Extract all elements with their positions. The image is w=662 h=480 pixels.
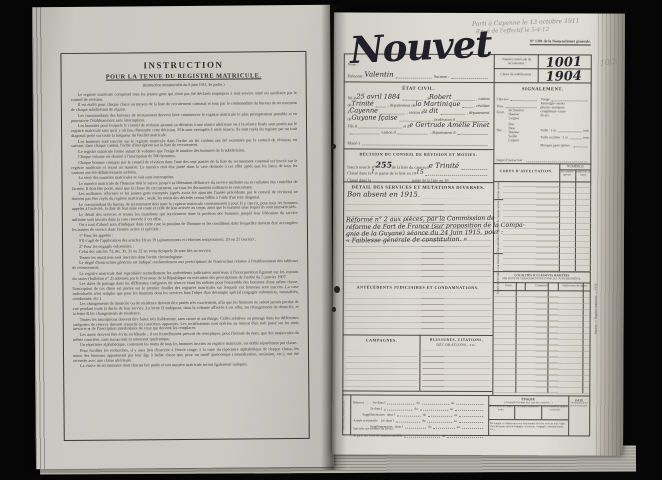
periodes-note: Ne remplir ce tableau que pour les homme…	[490, 422, 566, 432]
printed-text: Degré d'instruction :	[496, 158, 524, 162]
ruled-area	[345, 350, 417, 388]
printed-text: , département d	[430, 130, 456, 135]
corps-title: CORPS D'AFFECTATION.	[493, 169, 559, 173]
epoque-col: de l'armée territoriale.	[515, 405, 542, 419]
sig-front-items: InclinaisonHauteurLargeur	[508, 108, 538, 120]
printed-text: Marques particulières :	[540, 143, 571, 147]
details-entry-1: Bon absent en 1915.	[347, 190, 420, 198]
dotted-rule	[398, 128, 428, 135]
prenoms-row: Prénoms : Valentin Surnom :	[348, 70, 490, 79]
instruction-box: INSTRUCTION POUR LA TENUE DU REGISTRE MA…	[60, 51, 309, 441]
prenoms-value: Valentin	[365, 71, 394, 79]
printed-text: de garde des voies de communication	[353, 433, 398, 437]
corps-col1: du contrôle spécial.	[560, 170, 574, 176]
corps-group-labels: Armée active. Disponibilité et réserve d…	[494, 181, 503, 271]
instruction-paragraph: Les dates de passage dans les différente…	[72, 280, 298, 302]
antecedents-title: ANTÉCÉDENTS JUDICIAIRES ET CONDAMNATIONS…	[343, 284, 493, 290]
instruction-paragraphs: Le registre matricule comprend tous les …	[71, 91, 300, 433]
sig-front-label: Front.	[497, 110, 505, 114]
instruction-paragraph: Chaque homme compris par le conseil de r…	[71, 159, 297, 176]
sig-nez-label: Nez . .	[496, 128, 505, 132]
printed-text: Du	[398, 434, 402, 438]
right-page: Parti à Cayenne le 13 octobre 1911 Rayé …	[332, 12, 625, 455]
localites-col: Subdivision de région.	[559, 282, 591, 290]
decision-title: DÉCISION DU CONSEIL DE RÉVISION ET MOTIF…	[343, 151, 493, 157]
instruction-subtitle: POUR LA TENUE DU REGISTRE MATRICULE.	[71, 72, 297, 81]
corps-group: Armée active.	[497, 181, 500, 199]
periodes-row-6: de garde des voies de communication Du a…	[353, 430, 485, 438]
matricule-label: Numéro matricule du recrutement :	[497, 57, 537, 65]
sig-nez-items: DosBaseHauteurSaillieLargeur	[508, 122, 538, 142]
printed-text: du	[428, 425, 431, 429]
sig-item: Largeur	[508, 116, 538, 120]
prenoms-label: Prénoms :	[348, 73, 365, 78]
sig-taille-rect: Taille rectifiée : 1 m.cent.	[540, 132, 589, 139]
printed-text: Marié à	[347, 140, 360, 145]
printed-text: Réserve . . .	[353, 400, 369, 404]
stacked-pages-edge	[593, 14, 625, 456]
instruction-paragraph: La classe de recrutement dont chacun fai…	[73, 362, 299, 369]
dotted-rule	[362, 138, 487, 146]
dotted-rule	[571, 132, 581, 139]
ruled-area	[345, 292, 491, 331]
dotted-rule	[447, 431, 483, 438]
dotted-rule	[404, 431, 440, 438]
printed-text: cent.	[583, 135, 590, 139]
corps-col2: matricule au corps.	[576, 170, 590, 176]
printed-text: Taille rectifiée : 1 m.	[540, 135, 568, 139]
epoque-sub: ( à laquelle l'homme sera rayé des contr…	[488, 401, 568, 404]
ink-spot	[332, 144, 336, 149]
ruled-area	[503, 181, 591, 271]
dotted-rule	[396, 72, 432, 79]
book-gutter	[321, 4, 347, 470]
campagnes-title: CAMPAGNES.	[345, 337, 419, 342]
handwriting: 15	[416, 169, 424, 176]
book-scan: INSTRUCTION POUR LA TENUE DU REGISTRE MA…	[0, 0, 662, 480]
instruction-subnote: (Instruction ministérielle du 8 juin 191…	[71, 81, 297, 88]
epoque-col: de la réserve de l'armée territoriale.	[542, 405, 568, 419]
localites-title-2: PAR SUITE DE CHANGEMENTS DE DOMICILE OU …	[493, 277, 591, 280]
printed-text: canton d	[381, 130, 395, 135]
marie-line: Marié à	[347, 138, 489, 146]
header-label-divider	[538, 54, 539, 82]
classe-value: 1904	[545, 69, 582, 85]
sig-compl: Renseigne- ments physio- nomiques complé…	[541, 101, 567, 117]
localites-col: Dates.	[493, 282, 526, 290]
ruled-area	[493, 291, 589, 393]
dotted-rule	[462, 422, 483, 429]
sig-marques: Marques particulières :	[540, 140, 589, 147]
periodes-divider	[350, 394, 351, 435]
instruction-paragraph: Pour faciliter les recherches, il y aura…	[73, 347, 299, 364]
epoque-col: de la réserve de l'armée active.	[488, 405, 515, 419]
surnom-label: Surnom :	[434, 74, 450, 79]
sig-item: Largeur	[508, 138, 538, 142]
dotted-rule	[451, 72, 487, 79]
dotted-rule	[405, 422, 426, 429]
ink-spot	[332, 307, 336, 312]
printed-text: Yeux	[497, 104, 504, 108]
corps-numeros: NUMÉROS	[559, 164, 591, 168]
classe-label: Classe de mobilisation :	[497, 72, 537, 76]
printed-text: au	[442, 434, 445, 438]
dotted-rule	[433, 422, 454, 429]
ink-spot	[334, 286, 340, 293]
annexe-margin-note: Annexe. — Registre matricule. — 1913.	[594, 254, 598, 364]
epoque-cols: de la réserve de l'armée active.de l'arm…	[488, 405, 568, 419]
instruction-title: INSTRUCTION	[70, 59, 296, 71]
left-page: INSTRUCTION POUR LA TENUE DU REGISTRE MA…	[32, 5, 334, 470]
details-title: DÉTAIL DES SERVICES ET MUTATIONS DIVERSE…	[343, 184, 493, 190]
localites-col: Communes.	[526, 282, 559, 290]
printed-text: au	[457, 425, 460, 429]
printed-text: dans l	[395, 425, 403, 429]
dotted-rule	[349, 127, 379, 134]
surname-script: Nouvet	[349, 21, 492, 72]
corps-group: Disponibilité et réserve de l'armée acti…	[497, 200, 501, 253]
dotted-rule	[574, 140, 588, 147]
blessures-title-1: BLESSURES, CITATIONS,	[422, 338, 492, 342]
sig-degre: Degré d'instruction :	[496, 155, 589, 162]
date-col-sub: de libération du service militaire.	[569, 402, 589, 408]
ec-line-6: canton d , département d	[347, 127, 489, 135]
ruled-area	[422, 351, 490, 389]
left-page-edge	[32, 7, 46, 469]
dotted-rule	[526, 155, 587, 162]
etat-civil-title: ÉTAT CIVIL.	[344, 85, 494, 91]
blessures-title-2: DÉCORATIONS, etc.	[422, 343, 492, 347]
signalement-title: SIGNALEMENT.	[494, 86, 592, 91]
nomenclature-note: N° 1301 de la Nomenclature générale.	[530, 39, 591, 45]
dotted-rule	[458, 128, 488, 135]
